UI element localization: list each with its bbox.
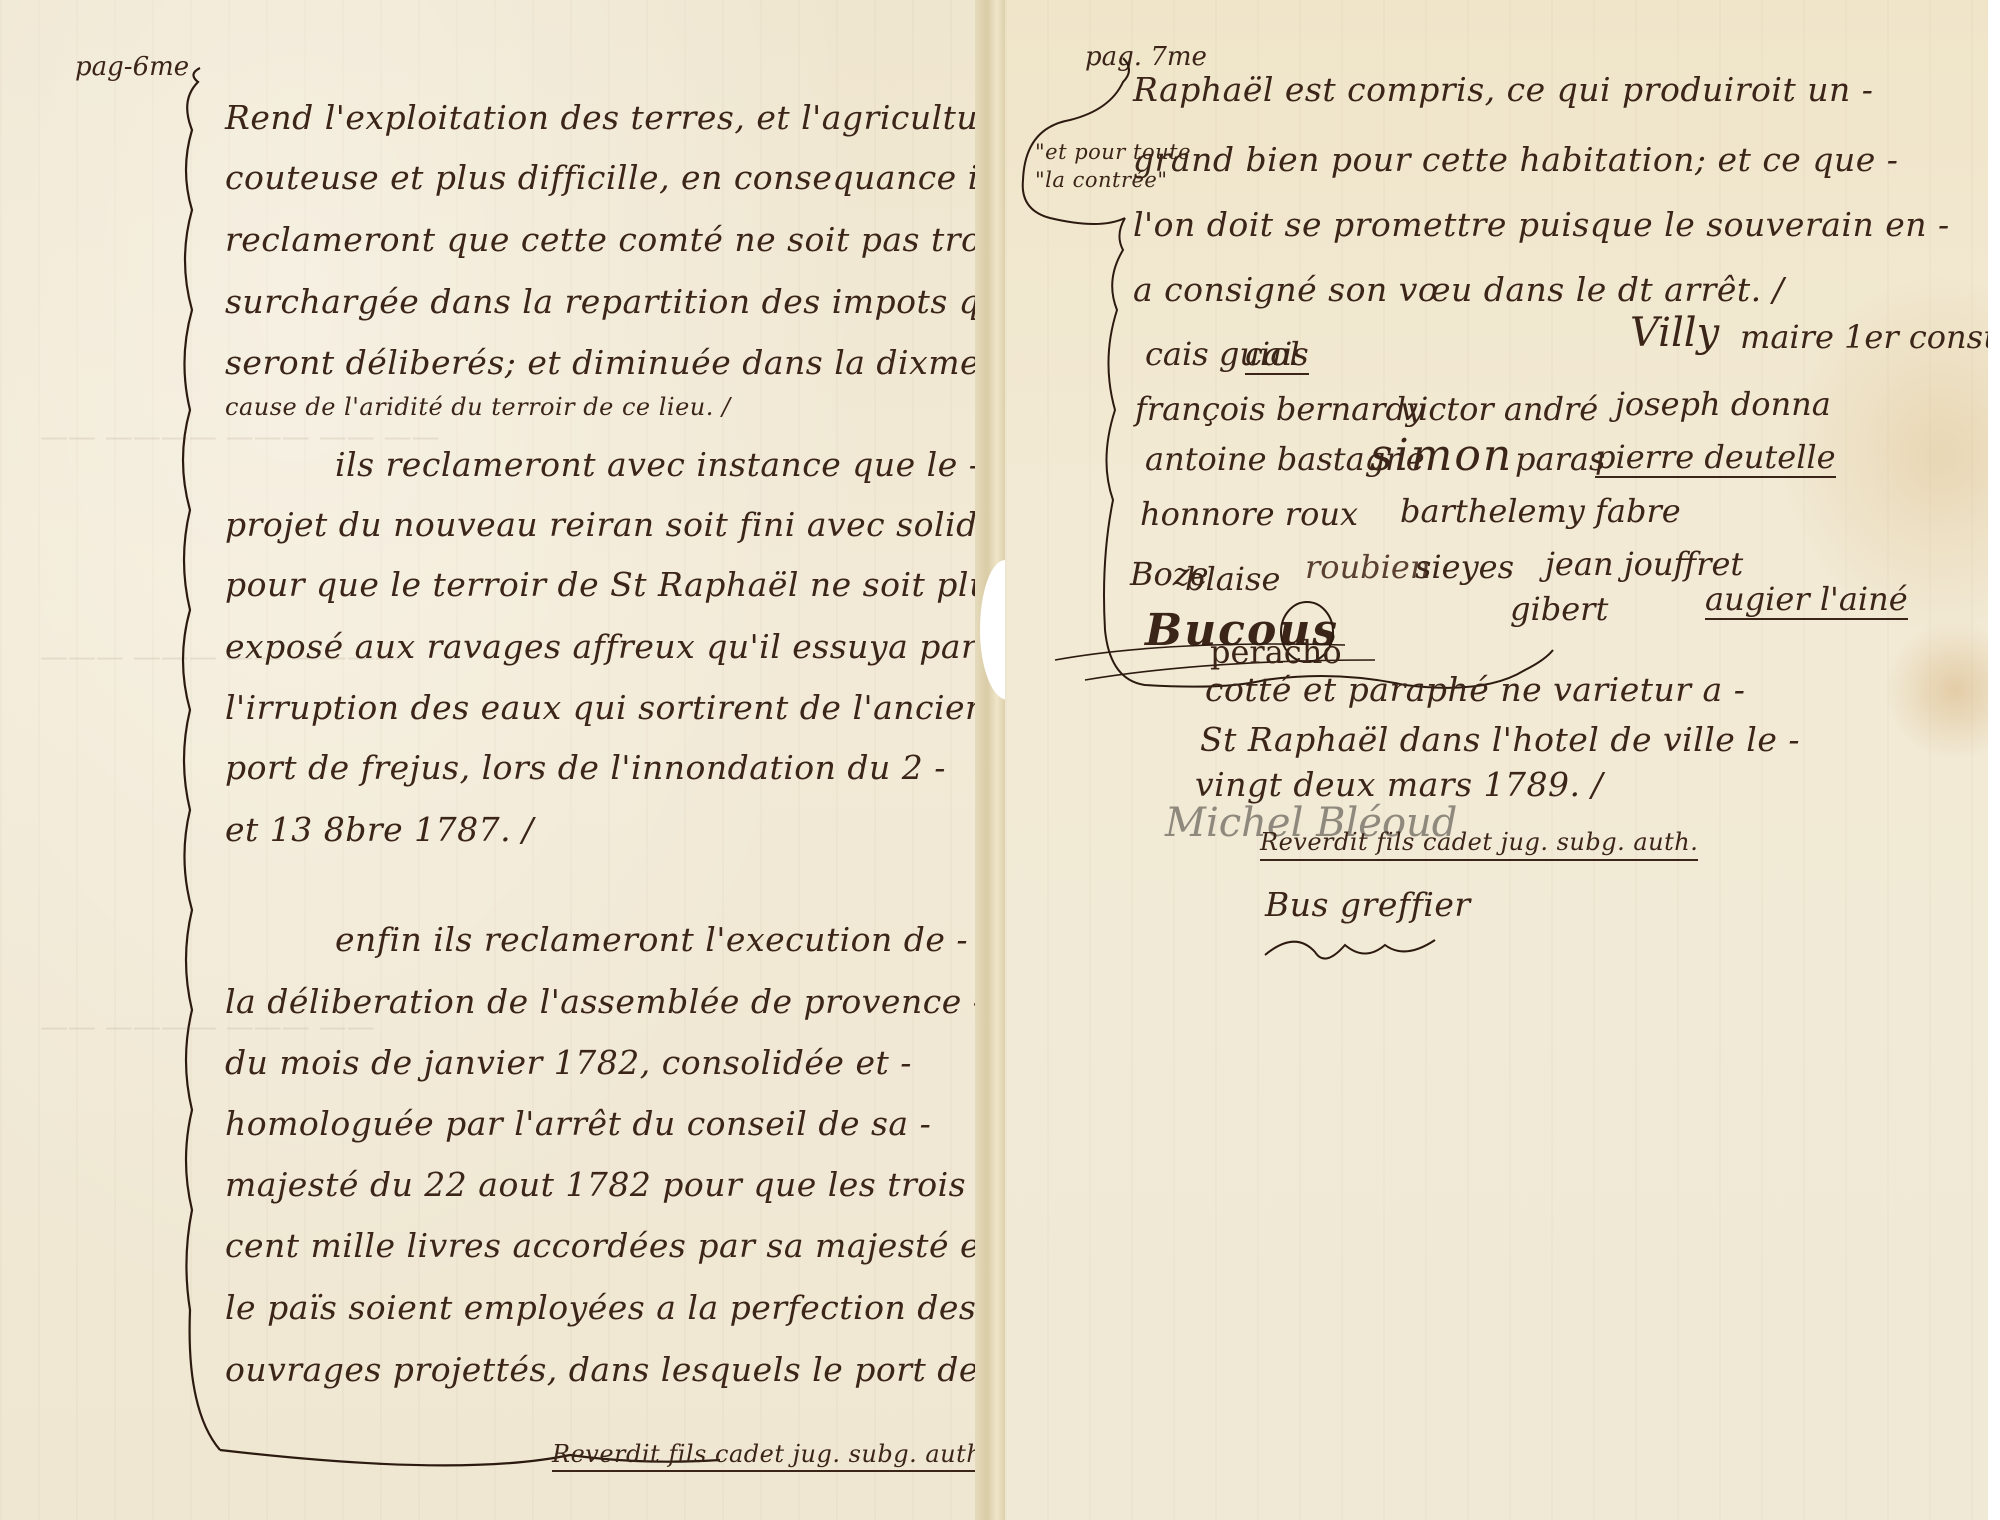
text-line: ils reclameront avec instance que le - <box>335 445 980 484</box>
left-page: —— ———— ——— —— —— ——— ——— —— ———— —— ———… <box>0 0 986 1520</box>
signature: sieyes <box>1415 548 1514 586</box>
text-line: grand bien pour cette habitation; et ce … <box>1133 140 1898 179</box>
signature: honnore roux <box>1140 495 1358 533</box>
signature: blaise <box>1185 560 1280 598</box>
text-line: majesté du 22 aout 1782 pour que les tro… <box>225 1165 966 1204</box>
text-line: la déliberation de l'assemblée de proven… <box>225 982 984 1021</box>
signature: jean jouffret <box>1545 545 1743 583</box>
signature-mayor: Villy <box>1630 310 1719 356</box>
clerk-signature: Bus greffier <box>1265 885 1471 924</box>
text-line: a consigné son vœu dans le dt arrêt. / <box>1133 270 1784 309</box>
text-line: ouvrages projettés, dans lesquels le por… <box>225 1350 1027 1389</box>
text-line: pour que le terroir de St Raphaël ne soi… <box>225 565 1031 604</box>
judge-signature-left: Reverdit fils cadet jug. subg. auth. <box>552 1440 990 1472</box>
right-page: pag. 7me "et pour toute "la contrée" Rap… <box>1005 0 1990 1520</box>
margin-bracket-left <box>160 60 220 1480</box>
text-line: l'on doit se promettre puisque le souver… <box>1133 205 1950 244</box>
signature: cais <box>1245 335 1309 375</box>
text-line: surchargée dans la repartition des impot… <box>225 282 1036 321</box>
scan-background-edge <box>1988 0 2000 1520</box>
certification-line: St Raphaël dans l'hotel de ville le - <box>1200 720 1800 759</box>
signature: gibert <box>1510 590 1608 628</box>
signature-mayor-role: maire 1er consuls <box>1740 318 2000 356</box>
clerk-flourish <box>1255 930 1455 970</box>
signature: simon <box>1370 430 1513 481</box>
signature: roubien <box>1305 548 1430 586</box>
signature: augier l'ainé <box>1705 580 1908 620</box>
text-line: reclameront que cette comté ne soit pas … <box>225 220 1026 259</box>
text-line: exposé aux ravages affreux qu'il essuya … <box>225 627 1000 666</box>
signature: peracho <box>1210 633 1342 671</box>
signature: joseph donna <box>1615 385 1831 423</box>
text-line: projet du nouveau reiran soit fini avec … <box>225 505 1045 544</box>
text-line: homologuée par l'arrêt du conseil de sa … <box>225 1104 931 1143</box>
signature: françois bernardy <box>1135 390 1424 428</box>
text-line: port de frejus, lors de l'innondation du… <box>225 748 946 787</box>
text-line: couteuse et plus difficille, en consequa… <box>225 158 1030 197</box>
text-line: et 13 8bre 1787. / <box>225 810 534 849</box>
text-line: du mois de janvier 1782, consolidée et - <box>225 1043 912 1082</box>
certification-line: cotté et paraphé ne varietur a - <box>1205 670 1745 709</box>
text-line: enfin ils reclameront l'execution de - <box>335 920 968 959</box>
judge-signature-right: Reverdit fils cadet jug. subg. auth. <box>1260 828 1698 861</box>
text-line: Raphaël est compris, ce qui produiroit u… <box>1133 70 1873 109</box>
signature: paras <box>1515 440 1605 478</box>
text-line: l'irruption des eaux qui sortirent de l'… <box>225 688 1009 727</box>
certification-line: vingt deux mars 1789. / <box>1195 765 1603 804</box>
text-line: le païs soient employées a la perfection… <box>225 1288 999 1327</box>
text-line: cent mille livres accordées par sa majes… <box>225 1226 994 1265</box>
text-line: cause de l'aridité du terroir de ce lieu… <box>225 393 731 421</box>
signature: victor andré <box>1400 390 1598 428</box>
signature: pierre deutelle <box>1595 438 1836 478</box>
water-stain <box>1885 620 2000 760</box>
signature: barthelemy fabre <box>1400 492 1681 530</box>
